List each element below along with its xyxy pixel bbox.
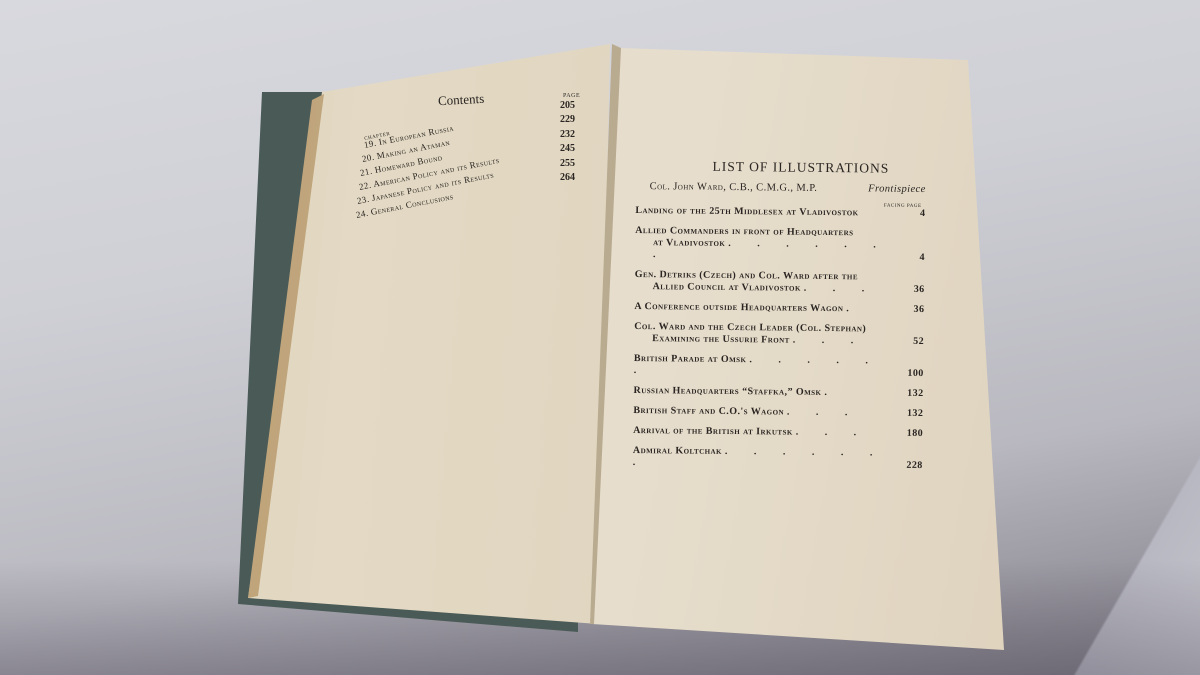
toc-page-number: 255 xyxy=(560,158,575,169)
illustrations-title: LIST OF ILLUSTRATIONS xyxy=(676,158,926,177)
contents-page-header: PAGE xyxy=(563,93,580,99)
illustration-title: Russian Headquarters “Staffka,” Omsk xyxy=(634,385,822,398)
toc-page-number: 205 xyxy=(560,100,575,111)
toc-page-number: 229 xyxy=(560,114,575,125)
frontispiece-entry: Col. John Ward, C.B., C.M.G., M.P. Front… xyxy=(650,181,926,195)
leader-dots: . . . xyxy=(793,335,866,347)
illustration-page: 4 xyxy=(889,208,925,220)
frontispiece-title: Col. John Ward, C.B., C.M.G., M.P. xyxy=(650,181,818,194)
illustration-page: 132 xyxy=(887,408,923,420)
illustration-entry: Allied Commanders in front of Headquarte… xyxy=(635,225,925,264)
illustration-entry: Col. Ward and the Czech Leader (Col. Ste… xyxy=(634,321,924,348)
illustration-title-cont: at Vladivostok xyxy=(653,237,725,249)
illustration-title: Allied Commanders in front of Headquarte… xyxy=(635,225,853,238)
illustration-page: 4 xyxy=(889,252,925,264)
toc-page-number: 232 xyxy=(560,129,575,140)
illustration-entry: British Parade at Omsk . . . . . . 100 xyxy=(634,353,924,380)
toc-page-number: 245 xyxy=(560,143,575,154)
leader-dots: . . . xyxy=(796,427,869,439)
contents-title: Contents xyxy=(438,91,485,109)
illustration-entry: Russian Headquarters “Staffka,” Omsk . 1… xyxy=(633,385,923,400)
illustration-page: 36 xyxy=(889,284,925,296)
illustration-title-cont: Examining the Ussurie Front xyxy=(652,333,790,345)
illustration-title: Admiral Koltchak xyxy=(633,445,722,457)
illustrations-list: LIST OF ILLUSTRATIONS Col. John Ward, C.… xyxy=(633,158,926,480)
illustration-entry: Admiral Koltchak . . . . . . . 228 xyxy=(633,445,923,472)
illustration-title: British Staff and C.O.'s Wagon xyxy=(633,405,784,418)
illustration-title: Arrival of the British at Irkutsk xyxy=(633,425,793,438)
toc-page-number: 264 xyxy=(560,172,575,183)
frontispiece-label: Frontispiece xyxy=(868,183,926,195)
leader-dots: . . . xyxy=(804,283,877,295)
illustration-page: 52 xyxy=(888,336,924,348)
leader-dots: . . . xyxy=(787,407,860,419)
illustration-page: 36 xyxy=(888,304,924,316)
illustration-title: British Parade at Omsk xyxy=(634,353,747,365)
illustration-page: 100 xyxy=(888,368,924,380)
illustration-title-cont: Allied Council at Vladivostok xyxy=(653,281,801,294)
illustration-page: 228 xyxy=(887,460,923,472)
illustration-page: 180 xyxy=(887,428,923,440)
illustration-title: Gen. Detriks (Czech) and Col. Ward after… xyxy=(635,269,858,282)
illustration-entry: A Conference outside Headquarters Wagon … xyxy=(634,301,924,316)
illustration-title: A Conference outside Headquarters Wagon xyxy=(634,301,843,314)
leader-dots: . xyxy=(824,387,839,398)
illustration-entry: British Staff and C.O.'s Wagon . . . 132 xyxy=(633,405,923,420)
leader-dots: . xyxy=(846,303,861,314)
illustration-entry: Gen. Detriks (Czech) and Col. Ward after… xyxy=(635,269,925,296)
illustration-entry: Arrival of the British at Irkutsk . . . … xyxy=(633,425,923,440)
illustration-entry: Landing of the 25th Middlesex at Vladivo… xyxy=(635,205,925,220)
illustration-title: Landing of the 25th Middlesex at Vladivo… xyxy=(635,205,858,218)
illustration-page: 132 xyxy=(887,388,923,400)
